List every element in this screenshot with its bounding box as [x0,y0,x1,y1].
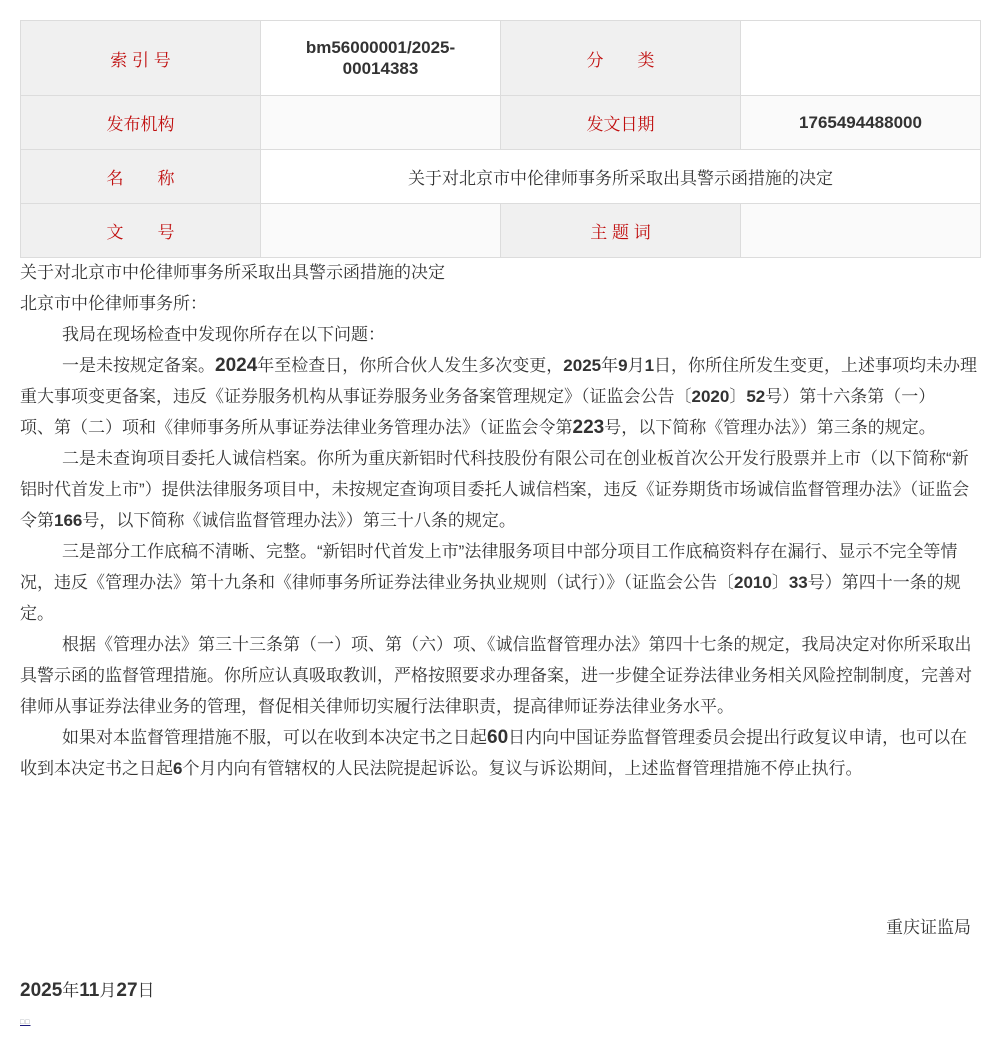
issuer-signature: 重庆证监局 [886,913,971,943]
issue-two-paragraph: 二是未查询项目委托人诚信档案。你所为重庆新铝时代科技股份有限公司在创业板首次公开… [20,443,982,536]
issue-date-label: 发文日期 [501,96,741,150]
date-day: 27 [116,980,137,1001]
number: 52 [746,387,765,406]
number: 33 [789,573,808,592]
number: 1 [645,356,654,375]
keywords-value [741,204,981,258]
issue-one-paragraph: 一是未按规定备案。2024年至检查日，你所合伙人发生多次变更，2025年9月1日… [20,350,982,412]
appeal-paragraph: 如果对本监督管理措施不服，可以在收到本决定书之日起60日内向中国证券监督管理委员… [20,722,982,784]
decision-paragraph: 根据《管理办法》第三十三条第（一）项、第（六）项、《诚信监督管理办法》第四十七条… [20,629,982,722]
text: 年 [62,981,79,1000]
meta-row-name: 名 称 关于对北京市中伦律师事务所采取出具警示函措施的决定 [21,150,981,204]
issue-one-continued: 项、第（二）项和《律师事务所从事证券法律业务管理办法》（证监会令第223号，以下… [20,412,982,443]
index-number-value: bm56000001/2025-00014383 [261,21,501,96]
publisher-value [261,96,501,150]
number: 2024 [215,355,257,376]
text: 如果对本监督管理措施不服，可以在收到本决定书之日起 [62,728,487,747]
text: 号，以下简称《诚信监督管理办法》）第三十八条的规定。 [82,511,516,530]
meta-row-index: 索 引 号 bm56000001/2025-00014383 分 类 [21,21,981,96]
meta-row-doc-number: 文 号 主 题 词 [21,204,981,258]
document-date: 2025年11月27日 [20,976,155,1006]
number: 166 [54,511,82,530]
document-metadata-table: 索 引 号 bm56000001/2025-00014383 分 类 发布机构 … [20,20,981,258]
issue-date-value: 1765494488000 [741,96,981,150]
text: 个月内向有管辖权的人民法院提起诉讼。复议与诉讼期间，上述监督管理措施不停止执行。 [182,759,862,778]
document-title: 关于对北京市中伦律师事务所采取出具警示函措施的决定 [20,257,982,288]
publisher-label: 发布机构 [21,96,261,150]
meta-row-publisher: 发布机构 发文日期 1765494488000 [21,96,981,150]
category-label: 分 类 [501,21,741,96]
date-year: 2025 [20,980,62,1001]
number: 60 [487,727,508,748]
text: 日 [138,981,155,1000]
text: 月 [628,356,645,375]
doc-number-value [261,204,501,258]
number: 2020 [692,387,730,406]
number: 223 [573,417,605,438]
document-body: 关于对北京市中伦律师事务所采取出具警示函措施的决定 北京市中伦律师事务所： 我局… [20,257,982,784]
issue-three-paragraph: 三是部分工作底稿不清晰、完整。“新铝时代首发上市”法律服务项目中部分项目工作底稿… [20,536,982,629]
addressee: 北京市中伦律师事务所： [20,288,982,319]
text: 项、第（二）项和《律师事务所从事证券法律业务管理办法》（证监会令第 [20,418,573,437]
date-month: 11 [79,980,99,1001]
number: 2025 [563,356,601,375]
text: 号）第十六条第（一） [765,387,935,406]
keywords-label: 主 题 词 [501,204,741,258]
text: 号，以下简称《管理办法》）第三条的规定。 [604,418,936,437]
number: 2010 [734,573,772,592]
intro-paragraph: 我局在现场检查中发现你所存在以下问题： [20,319,982,350]
text: 年 [601,356,618,375]
text: 年至检查日，你所合伙人发生多次变更， [257,356,563,375]
doc-number-label: 文 号 [21,204,261,258]
text: 一是未按规定备案。 [62,356,215,375]
index-number-label: 索 引 号 [21,21,261,96]
text: 〕 [772,573,789,592]
text: 〕 [729,387,746,406]
number: 9 [618,356,627,375]
category-value [741,21,981,96]
name-value: 关于对北京市中伦律师事务所采取出具警示函措施的决定 [261,150,981,204]
text: 月 [99,981,116,1000]
attachment-link[interactable]: □□ [20,1018,30,1028]
name-label: 名 称 [21,150,261,204]
